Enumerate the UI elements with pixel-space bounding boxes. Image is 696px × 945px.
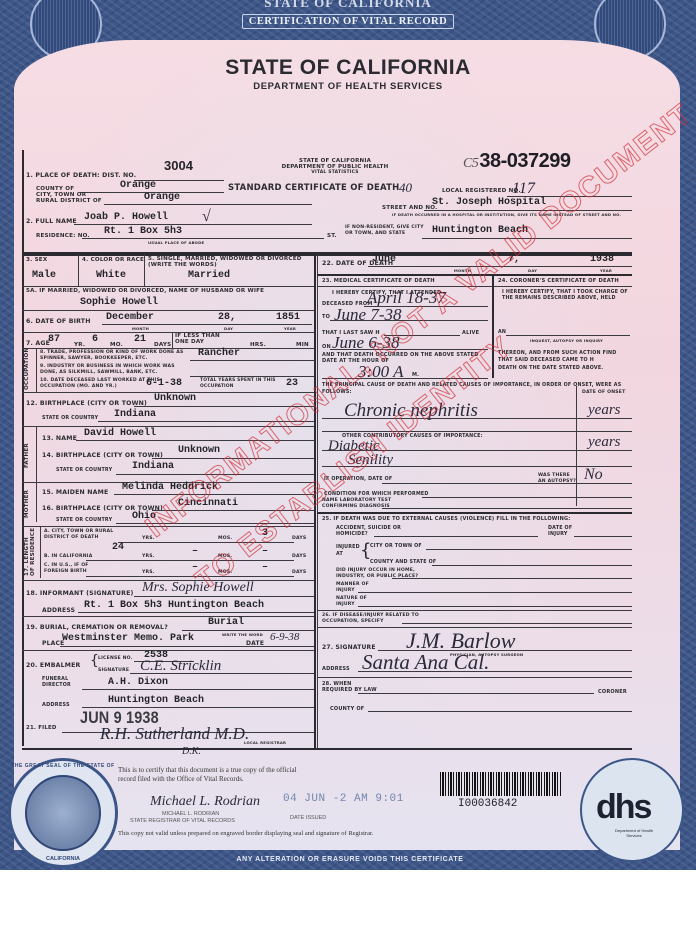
local-registrar-label: Local Registrar bbox=[244, 740, 286, 745]
birthplace-value: Unknown bbox=[154, 393, 196, 404]
rule bbox=[374, 536, 538, 537]
dob-day-sub: Day bbox=[224, 326, 233, 331]
document-subtitle: DEPARTMENT OF HEALTH SERVICES bbox=[0, 81, 696, 92]
father-name-value: David Howell bbox=[84, 428, 156, 439]
autopsy-value: No bbox=[584, 466, 603, 484]
certify-text-1: This is to certify that this document is… bbox=[118, 766, 297, 774]
trade-value: Rancher bbox=[198, 348, 240, 359]
mother-side-label: Mother bbox=[24, 490, 30, 518]
rule bbox=[130, 673, 314, 674]
date-issued-stamp: 04 JUN -2 AM 9:01 bbox=[283, 793, 404, 805]
onset-2: years bbox=[588, 434, 621, 451]
residence-b-yrs-value: 24 bbox=[112, 542, 124, 553]
rule bbox=[392, 578, 632, 579]
father-state-value: Indiana bbox=[132, 461, 174, 472]
less-than-day-label: If less than one day bbox=[175, 333, 223, 345]
filed-label: 21. Filed bbox=[26, 725, 57, 731]
burial-label: 19. Burial, Cremation or Removal? bbox=[26, 624, 168, 631]
coroner-required-label: 28. When required by law bbox=[322, 681, 382, 693]
funeral-address-value: Huntington Beach bbox=[108, 695, 204, 706]
burial-date-value: 6-9-38 bbox=[270, 631, 299, 643]
top-banner: STATE OF CALIFORNIA CERTIFICATION OF VIT… bbox=[210, 0, 486, 32]
father-side-label: Father bbox=[24, 443, 30, 468]
coroner-text-2: thereon, and from such action find that … bbox=[498, 350, 632, 364]
race-value: White bbox=[96, 270, 126, 281]
burial-place-value: Westminster Memo. Park bbox=[62, 633, 194, 644]
rule bbox=[172, 332, 173, 348]
medical-cert-label: 23. Medical Certificate of Death bbox=[322, 278, 435, 284]
informant-label: 18. Informant (signature) bbox=[26, 590, 134, 597]
license-label: License No. bbox=[98, 656, 133, 661]
rule-top-section-2 bbox=[22, 254, 632, 256]
rule bbox=[40, 526, 41, 578]
form-header-line3: Vital Statistics bbox=[280, 170, 390, 176]
rule bbox=[36, 426, 37, 482]
rule bbox=[322, 418, 632, 419]
rule bbox=[78, 254, 79, 286]
place-of-death-label: 1. Place of Death: Dist. No. bbox=[26, 172, 136, 179]
rule bbox=[78, 612, 314, 613]
rule bbox=[317, 677, 632, 678]
length-of-residence-side-label: 17. Length of Residence bbox=[24, 526, 36, 576]
banner-title: CERTIFICATION OF VITAL RECORD bbox=[242, 14, 454, 29]
injured-city-label: City or town of bbox=[370, 544, 422, 549]
birthplace-state-value: Indiana bbox=[114, 409, 156, 420]
deceased-to-label: to bbox=[322, 314, 330, 320]
rule bbox=[358, 592, 632, 593]
dob-year-sub: Year bbox=[284, 326, 296, 331]
rule bbox=[432, 565, 632, 566]
county-of-label: County of bbox=[330, 706, 364, 712]
street-value: St. Joseph Hospital bbox=[432, 197, 546, 208]
date-issued-label: DATE ISSUED bbox=[290, 815, 326, 821]
coroner-text-1: I hereby certify, that I took charge of … bbox=[502, 290, 630, 302]
last-worked-label: 10. Date deceased last worked at this oc… bbox=[40, 378, 160, 390]
rule bbox=[382, 483, 632, 484]
seal-emblem bbox=[25, 775, 101, 851]
rule bbox=[22, 310, 314, 311]
rule bbox=[82, 238, 324, 239]
state-registrar-signature: Michael L. Rodrian bbox=[150, 794, 260, 810]
rule bbox=[22, 332, 314, 333]
physician-address-label: Address bbox=[322, 666, 350, 672]
industry-label: 9. Industry or business in which work wa… bbox=[40, 364, 190, 376]
embalmer-label: 20. Embalmer bbox=[26, 662, 81, 669]
residence-b-mos-value: – bbox=[192, 546, 198, 557]
father-name-label: 13. Name bbox=[42, 435, 77, 442]
age-years: 87 bbox=[48, 334, 60, 345]
sex-value: Male bbox=[32, 270, 56, 281]
barcode-number: I00036842 bbox=[458, 798, 517, 810]
city-label: City, Town or Rural District of bbox=[36, 193, 106, 204]
alive-label: alive bbox=[462, 330, 479, 336]
seal-bottom-text: CALIFORNIA bbox=[11, 856, 115, 862]
local-registrar-signature: R.H. Sutherland M.D. bbox=[100, 724, 249, 744]
rule bbox=[74, 224, 312, 225]
years-in-occupation-label: Total years spent in this occupation bbox=[200, 378, 280, 390]
certify-text-2: record filed with the Office of Vital Re… bbox=[118, 775, 244, 783]
registrar-initials: D.K. bbox=[182, 746, 201, 757]
banner-state: STATE OF CALIFORNIA bbox=[210, 0, 486, 11]
rule bbox=[190, 376, 314, 377]
birthplace-state-label: State or Country bbox=[42, 416, 98, 421]
rule bbox=[382, 508, 632, 509]
birthplace-label: 12. Birthplace (city or town) bbox=[26, 400, 147, 407]
sex-label: 3. Sex bbox=[26, 257, 47, 263]
rule bbox=[36, 482, 37, 522]
state-registrar-title: STATE REGISTRAR OF VITAL RECORDS bbox=[130, 818, 235, 824]
state-registrar-name: MICHAEL L. RODRIAN bbox=[162, 811, 219, 817]
document-title: STATE OF CALIFORNIA bbox=[0, 56, 696, 80]
spouse-value: Sophie Howell bbox=[80, 297, 158, 308]
years-in-occupation-value: 23 bbox=[286, 378, 298, 389]
dhs-subtitle: Department of Health Services bbox=[614, 828, 654, 838]
alteration-warning: ANY ALTERATION OR ERASURE VOIDS THIS CER… bbox=[230, 856, 470, 863]
rule bbox=[317, 610, 632, 611]
father-state-label: State or Country bbox=[56, 468, 112, 473]
rule bbox=[368, 711, 632, 712]
funeral-director-label: Funeral Director bbox=[42, 677, 82, 688]
form-header: State of California Department of Public… bbox=[280, 158, 390, 176]
date-of-onset-label: Date of onset bbox=[582, 390, 625, 395]
date-of-death-year: 1938 bbox=[590, 254, 614, 265]
city-value: Orange bbox=[144, 192, 180, 203]
residence-c-label: c. In U.S., if of foreign birth bbox=[44, 563, 114, 574]
coroner-label: Coroner bbox=[598, 689, 627, 695]
embalmer-signature-label: Signature bbox=[98, 668, 129, 673]
residence-note: Usual place of abode bbox=[148, 240, 204, 245]
informant-address-value: Rt. 1 Box 5h3 Huntington Beach bbox=[84, 600, 264, 611]
dob-month: December bbox=[106, 312, 154, 323]
rule bbox=[317, 512, 632, 514]
form-header-title: Standard Certificate of Death bbox=[228, 183, 400, 193]
rule bbox=[402, 623, 632, 624]
coroner-an-note: Inquest, autopsy or inquiry bbox=[530, 338, 603, 343]
race-label: 4. Color or Race bbox=[82, 257, 144, 263]
funeral-address-label: Address bbox=[42, 702, 70, 708]
residence-c-days: Days bbox=[292, 570, 306, 575]
father-birthplace-value: Unknown bbox=[178, 445, 220, 456]
marital-value: Married bbox=[188, 270, 230, 281]
rule bbox=[36, 348, 37, 392]
dod-day-sub: Day bbox=[528, 268, 537, 273]
seal-text: THE GREAT SEAL OF THE STATE OF bbox=[11, 763, 115, 769]
local-registered-label: Local Registered No. bbox=[442, 188, 521, 194]
dist-no-value: 3004 bbox=[164, 158, 193, 173]
nonresident-label: If non-resident, give city or town, and … bbox=[345, 225, 425, 236]
informant-address-label: Address bbox=[42, 607, 75, 614]
dhs-logo-seal: dhs Department of Health Services bbox=[580, 758, 684, 862]
street-note: If death occurred in a hospital or insti… bbox=[392, 212, 621, 217]
injured-county-label: County and State of bbox=[370, 560, 436, 565]
residence-a-label: a. City, town or rural district of death bbox=[44, 529, 134, 540]
form-bottom-rule bbox=[22, 748, 632, 750]
residence-a-days: Days bbox=[292, 536, 306, 541]
write-the-word-note: Write the word bbox=[222, 632, 263, 637]
full-name-label: 2. Full Name bbox=[26, 218, 77, 225]
residence-c-days-value: – bbox=[262, 562, 268, 573]
rule bbox=[82, 689, 314, 690]
age-label: 7. Age bbox=[26, 340, 50, 347]
full-name-value: Joab P. Howell bbox=[84, 212, 168, 223]
residence-value: Rt. 1 Box 5h3 bbox=[104, 226, 182, 237]
occupation-side-label: Occupation bbox=[24, 348, 30, 390]
trade-label: 8. Trade, profession or kind of work don… bbox=[40, 350, 190, 362]
rule bbox=[424, 210, 632, 211]
coroner-cert-label: 24. Coroner's Certificate of Death bbox=[498, 278, 619, 284]
burial-value: Burial bbox=[208, 617, 244, 628]
rule bbox=[426, 549, 632, 550]
rule bbox=[576, 386, 577, 506]
rule bbox=[506, 335, 630, 336]
funeral-director-value: A.H. Dixon bbox=[108, 677, 168, 688]
rule bbox=[86, 576, 294, 577]
coroner-text-3: death on the date stated above. bbox=[498, 366, 603, 371]
mother-name-label: 15. Maiden Name bbox=[42, 489, 108, 496]
rule bbox=[60, 646, 314, 647]
dob-day: 28, bbox=[218, 312, 236, 323]
rule bbox=[144, 254, 145, 286]
rule bbox=[422, 497, 632, 498]
barcode bbox=[440, 772, 562, 796]
age-days: 21 bbox=[134, 334, 146, 345]
residence-b-days: Days bbox=[292, 554, 306, 559]
validity-note: This copy not valid unless prepared on e… bbox=[118, 830, 373, 837]
injured-at-label: Injured at bbox=[336, 544, 360, 558]
rule bbox=[358, 671, 632, 672]
external-causes-label: 25. If death was due to external causes … bbox=[322, 516, 570, 522]
dhs-logo: dhs bbox=[596, 788, 650, 827]
dob-year: 1851 bbox=[276, 312, 300, 323]
residence-b-label: b. In California bbox=[44, 554, 92, 559]
residence-st-label: St. bbox=[327, 233, 337, 239]
rule bbox=[22, 616, 314, 617]
onset-1: years bbox=[588, 402, 621, 419]
dob-month-sub: Month bbox=[132, 326, 149, 331]
rule bbox=[102, 324, 312, 325]
mother-state-label: State or Country bbox=[56, 518, 112, 523]
rule bbox=[358, 606, 632, 607]
age-months: 6 bbox=[92, 334, 98, 345]
rule bbox=[86, 560, 294, 561]
dob-label: 6. Date of Birth bbox=[26, 318, 91, 325]
rule bbox=[22, 348, 314, 349]
rule bbox=[104, 204, 312, 205]
date-of-death-month: June bbox=[372, 254, 396, 265]
county-value: Orange bbox=[120, 180, 156, 191]
rule bbox=[358, 693, 594, 694]
rule bbox=[190, 360, 314, 361]
dod-year-sub: Year bbox=[600, 268, 612, 273]
last-worked-value: 6-1-38 bbox=[146, 378, 182, 389]
rule bbox=[134, 596, 314, 597]
residence-a-yrs: Yrs. bbox=[142, 536, 155, 541]
great-seal-of-california: THE GREAT SEAL OF THE STATE OF CALIFORNI… bbox=[8, 758, 118, 868]
rule bbox=[22, 286, 314, 287]
marital-label: 5. Single, Married, Widowed or Divorced … bbox=[148, 256, 308, 268]
rule bbox=[574, 536, 632, 537]
spouse-label: 5a. If married, widowed or divorced, nam… bbox=[26, 288, 264, 294]
father-birthplace-label: 14. Birthplace (city or town) bbox=[42, 452, 163, 459]
handwritten-40: 40 bbox=[399, 180, 412, 196]
residence-c-yrs: Yrs. bbox=[142, 570, 155, 575]
residence-b-yrs: Yrs. bbox=[142, 554, 155, 559]
